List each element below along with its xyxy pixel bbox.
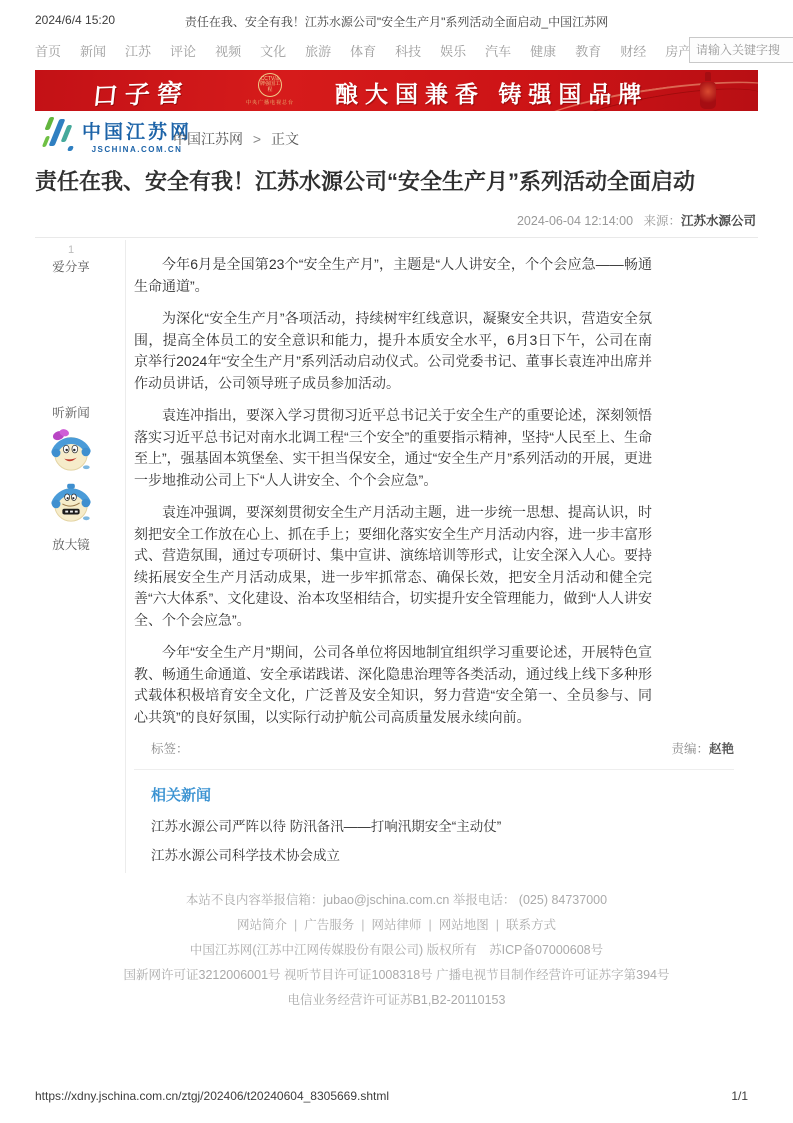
magnifier-button[interactable]: 放大镜 [35,535,107,553]
share-button[interactable]: 爱分享 [35,257,107,275]
editor-name: 赵艳 [709,742,734,756]
nav-item-education[interactable]: 教育 [575,41,601,60]
article-main: 1 爱分享 听新闻 [35,240,758,873]
nav-item-health[interactable]: 健康 [530,41,556,60]
print-datetime: 2024/6/4 15:20 [35,13,115,27]
article-date: 2024-06-04 12:14:00 [517,214,633,228]
nav-item-auto[interactable]: 汽车 [485,41,511,60]
article-paragraph: 今年6月是全国第23个“安全生产月”，主题是“人人讲安全，个个会应急——畅通生命… [134,254,652,297]
article-header: 责任在我、安全有我！江苏水源公司“安全生产月”系列活动全面启动 2024-06-… [35,166,758,238]
article-body: 今年6月是全国第23个“安全生产月”，主题是“人人讲安全，个个会应急——畅通生命… [134,254,652,728]
masthead: 中国江苏网 JSCHINA.COM.CN 中国江苏网 > 正文 [38,116,758,160]
footer-link-sitemap[interactable]: 网站地图 [439,918,489,932]
print-page-number: 1/1 [731,1089,748,1103]
footer-license-line2: 电信业务经营许可证苏B1,B2-20110153 [0,988,793,1013]
nav-item-travel[interactable]: 旅游 [305,41,331,60]
article-title: 责任在我、安全有我！江苏水源公司“安全生产月”系列活动全面启动 [35,166,715,198]
nav-item-comment[interactable]: 评论 [170,41,196,60]
nav-item-home[interactable]: 首页 [35,41,61,60]
footer-license-line1: 国新网许可证3212006001号 视听节目许可证1008318号 广播电视节目… [0,963,793,988]
nav-item-culture[interactable]: 文化 [260,41,286,60]
footer-report-line: 本站不良内容举报信箱：jubao@jschina.com.cn 举报电话： (0… [0,888,793,913]
breadcrumb: 中国江苏网 > 正文 [173,129,299,149]
related-news-link[interactable]: 江苏水源公司科学技术协会成立 [151,844,758,864]
footer-link-lawyer[interactable]: 网站律师 [371,918,421,932]
article-paragraph: 袁连冲指出，要深入学习贯彻习近平总书记关于安全生产的重要论述，深刻领悟落实习近平… [134,405,652,491]
footer-copyright: 中国江苏网(江苏中江网传媒股份有限公司) 版权所有 苏ICP备07000608号 [0,938,793,963]
cctv-brand-badge: CCTV品牌强国工程 中央广播电视总台 [231,73,309,106]
print-source-url: https://xdny.jschina.com.cn/ztgj/202406/… [35,1089,389,1103]
nav-item-tech[interactable]: 科技 [395,41,421,60]
nav-item-video[interactable]: 视频 [215,41,241,60]
ad-banner-kouzijiao[interactable]: 口子窖 CCTV品牌强国工程 中央广播电视总台 酿大国兼香 铸强国品牌 [35,70,758,111]
print-doc-title: 责任在我、安全有我！江苏水源公司"安全生产月"系列活动全面启动_中国江苏网 [185,13,608,30]
print-preview-page: 2024/6/4 15:20 责任在我、安全有我！江苏水源公司"安全生产月"系列… [0,0,793,1123]
nav-item-finance[interactable]: 财经 [620,41,646,60]
nav-item-jiangsu[interactable]: 江苏 [125,41,151,60]
footer-link-ads[interactable]: 广告服务 [304,918,354,932]
breadcrumb-root[interactable]: 中国江苏网 [173,131,243,147]
article-source[interactable]: 江苏水源公司 [681,214,756,228]
share-sidebar: 1 爱分享 听新闻 [35,240,126,873]
listen-news-mascot-glasses-icon[interactable] [48,479,94,525]
print-header: 2024/6/4 15:20 责任在我、安全有我！江苏水源公司"安全生产月"系列… [35,13,758,29]
breadcrumb-current: 正文 [271,131,299,147]
nav-items: 首页 新闻 江苏 评论 视频 文化 旅游 体育 科技 娱乐 汽车 健康 教育 财… [35,41,793,60]
footer-links-row: 网站简介|广告服务|网站律师|网站地图|联系方式 [0,913,793,938]
banner-brand-name: 口子窖 [91,73,191,111]
article-content: 今年6月是全国第23个“安全生产月”，主题是“人人讲安全，个个会应急——畅通生命… [126,240,758,873]
related-news-link[interactable]: 江苏水源公司严阵以待 防汛备汛——打响汛期安全“主动仗” [151,815,758,835]
nav-item-sports[interactable]: 体育 [350,41,376,60]
listen-news-label: 听新闻 [35,403,107,421]
article-paragraph: 今年“安全生产月”期间，公司各单位将因地制宜组织学习重要论述，开展特色宣教、畅通… [134,642,652,728]
editor-credit: 责编：赵艳 [671,739,734,757]
article-paragraph: 为深化“安全生产月”各项活动，持续树牢红线意识，凝聚安全共识，营造安全氛围，提高… [134,308,652,394]
banner-slogan: 酿大国兼香 铸强国品牌 [335,76,648,109]
breadcrumb-separator: > [253,131,261,147]
nav-item-news[interactable]: 新闻 [80,41,106,60]
top-navigation: 首页 新闻 江苏 评论 视频 文化 旅游 体育 科技 娱乐 汽车 健康 教育 财… [35,41,793,63]
footer-link-contact[interactable]: 联系方式 [506,918,556,932]
cctv-badge-subtext: 中央广播电视总台 [231,99,309,106]
cctv-laurel-icon: CCTV品牌强国工程 [258,73,282,97]
tags-label: 标签： [151,742,189,756]
footer-link-about[interactable]: 网站简介 [237,918,287,932]
search-input[interactable] [689,37,793,63]
article-meta: 2024-06-04 12:14:00 来源：江苏水源公司 [35,207,758,238]
print-footer: https://xdny.jschina.com.cn/ztgj/202406/… [35,1089,758,1105]
listen-news-mascot-bow-icon[interactable] [48,427,94,473]
tags-editor-row: 标签： 责编：赵艳 [134,739,734,770]
article-paragraph: 袁连冲强调，要深刻贯彻安全生产月活动主题，进一步统一思想、提高认识，时刻把安全工… [134,502,652,631]
nav-item-realestate[interactable]: 房产 [665,41,691,60]
share-count-badge: 1 [35,244,107,256]
site-logo-icon [38,116,76,154]
liquor-bottle-icon [700,72,716,109]
related-news-section: 相关新闻 江苏水源公司严阵以待 防汛备汛——打响汛期安全“主动仗” 江苏水源公司… [134,784,758,864]
nav-item-entertainment[interactable]: 娱乐 [440,41,466,60]
article-source-label: 来源： [643,214,681,228]
related-news-title: 相关新闻 [151,784,758,805]
site-logo[interactable]: 中国江苏网 JSCHINA.COM.CN [38,116,192,154]
site-footer: 本站不良内容举报信箱：jubao@jschina.com.cn 举报电话： (0… [0,888,793,1013]
